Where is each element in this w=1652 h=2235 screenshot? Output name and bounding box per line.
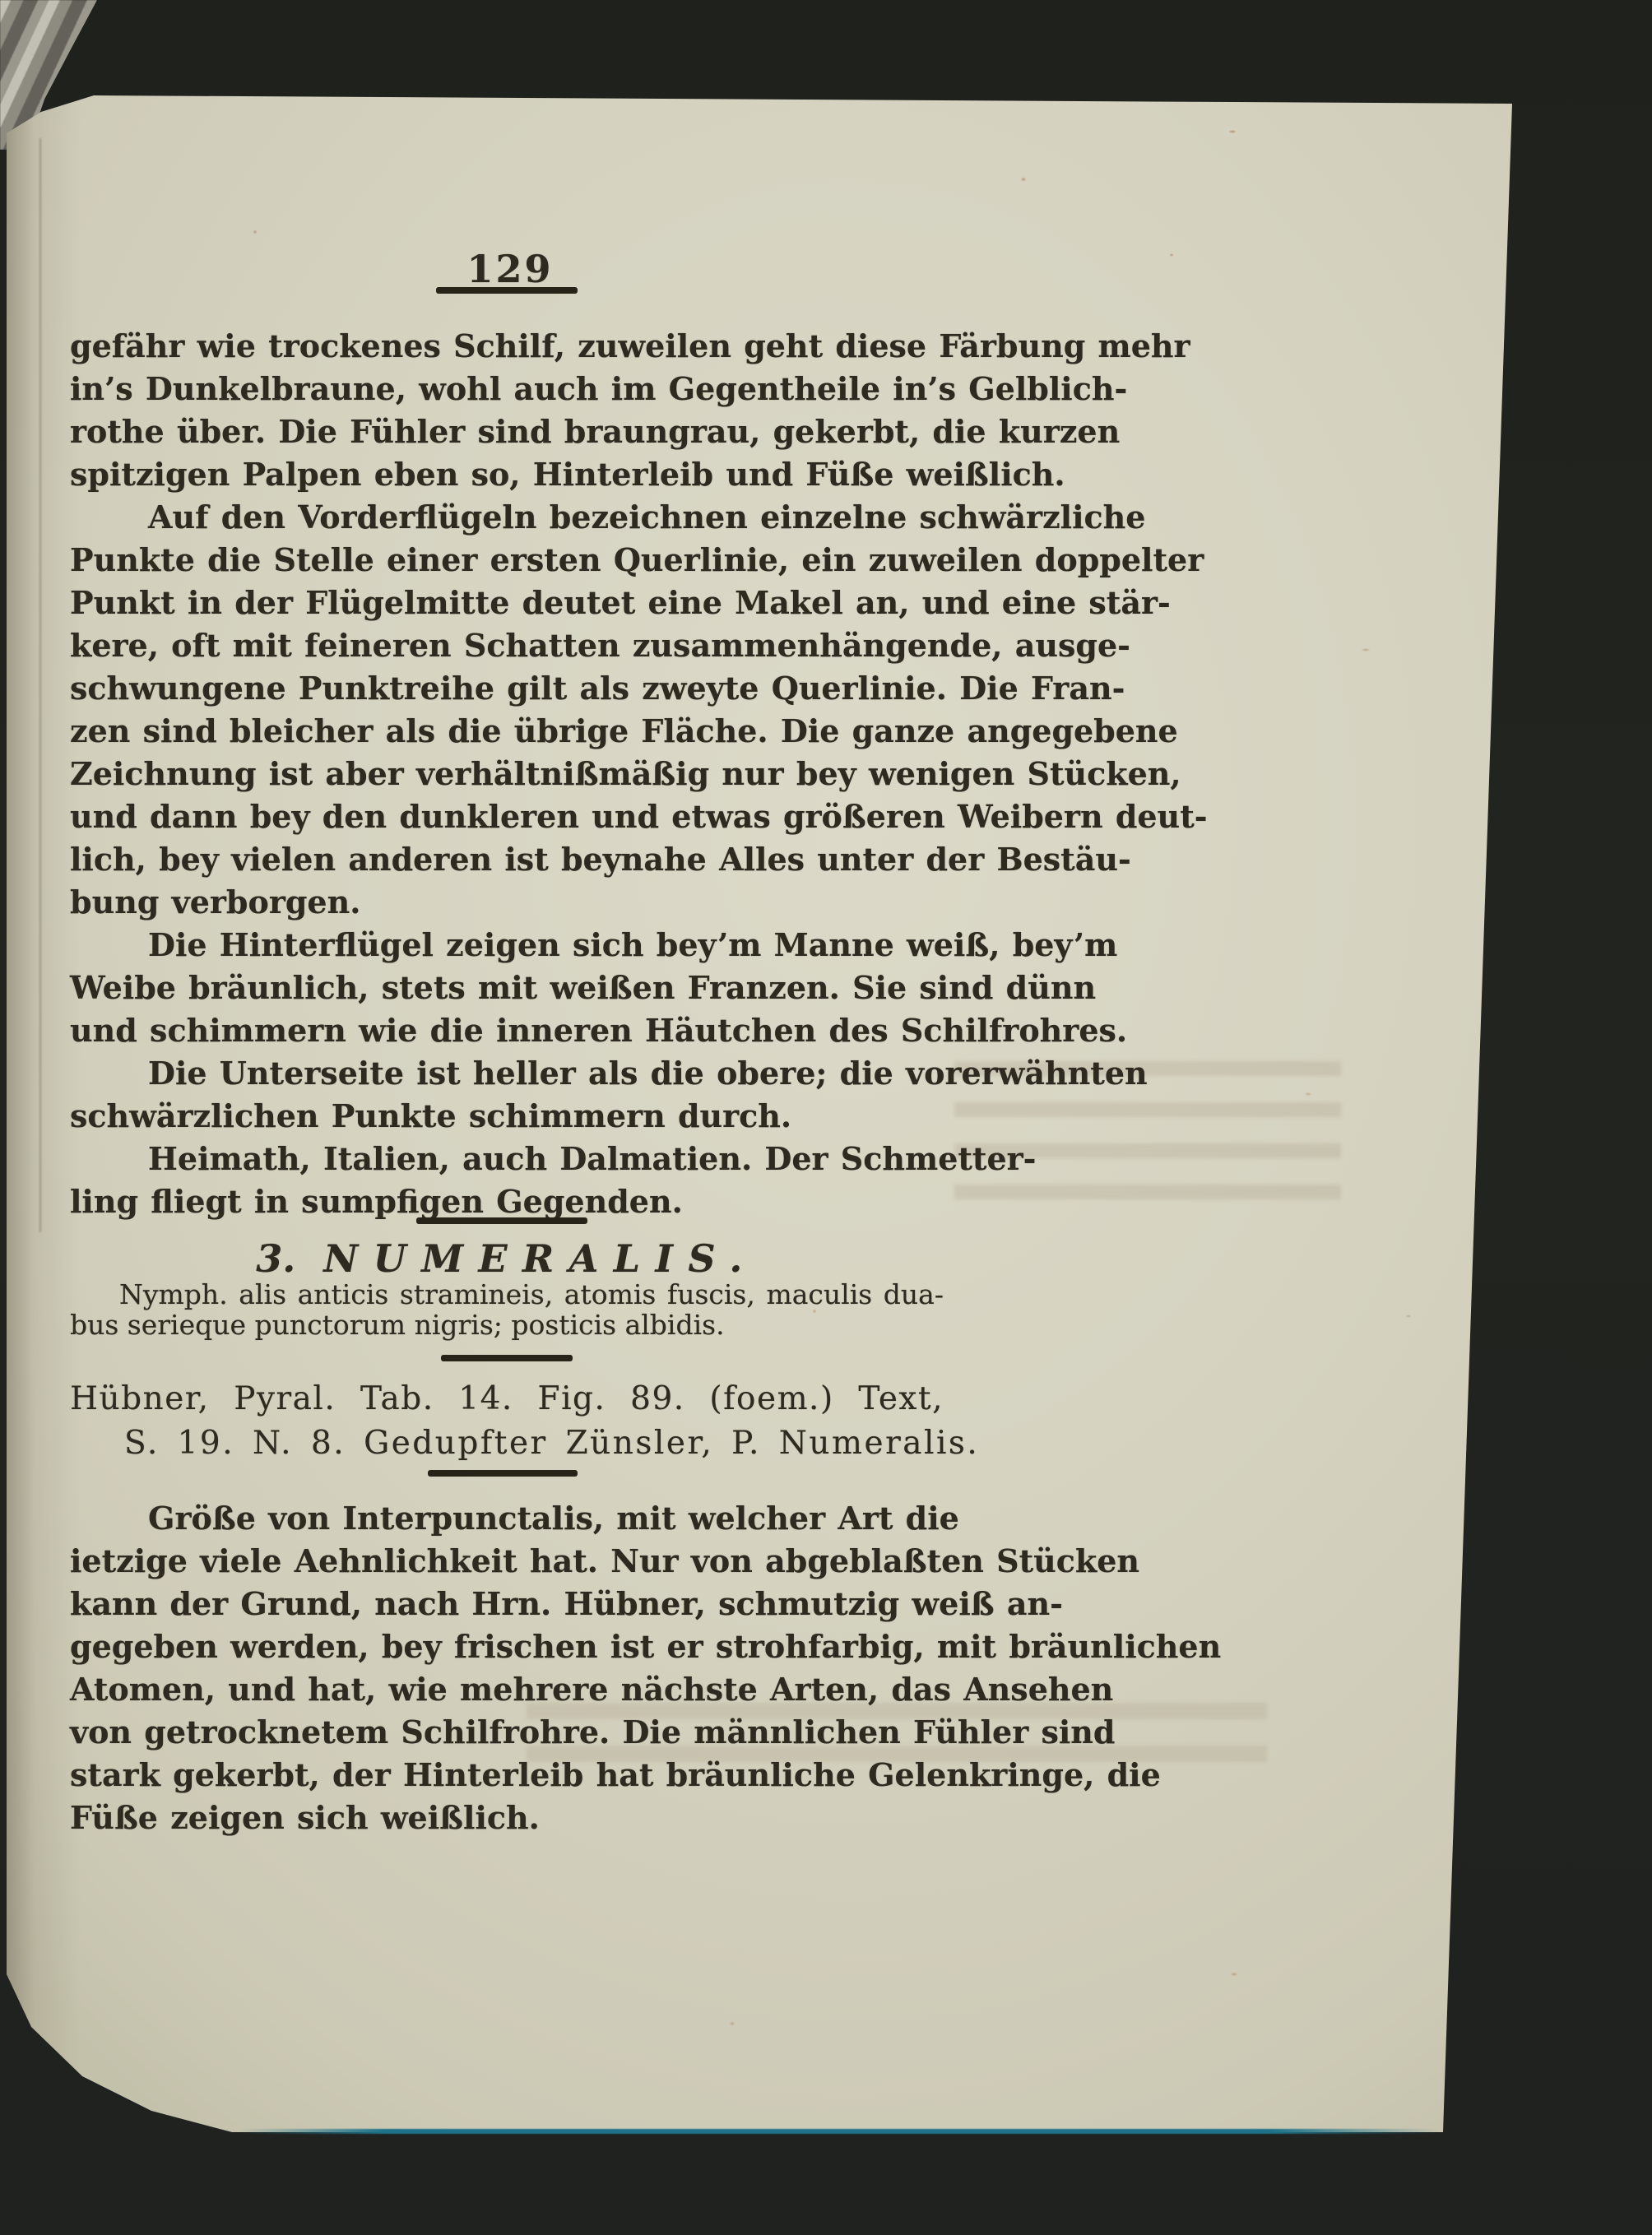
text-line: Heimath, Italien, auch Dalmatien. Der Sc…: [70, 1138, 944, 1180]
paragraph: gefähr wie trockenes Schilf, zuweilen ge…: [70, 325, 944, 496]
species-heading: 3.NUMERALIS.: [70, 1237, 944, 1283]
text-line: Nymph. alis anticis stramineis, atomis f…: [70, 1279, 944, 1310]
text-line: Weibe bräunlich, stets mit weißen Franze…: [70, 967, 944, 1009]
text-line: S. 19. N. 8. Gedupfter Zünsler, P. Numer…: [70, 1421, 944, 1466]
text-line: Auf den Vorderflügeln bezeichnen einzeln…: [70, 496, 944, 539]
section-divider-rule: [416, 1217, 587, 1224]
species-name: NUMERALIS.: [323, 1236, 758, 1281]
page-number-rule: [436, 287, 578, 294]
text-line: Atomen, und hat, wie mehrere nächste Art…: [70, 1668, 944, 1711]
citation-block: Hübner, Pyral. Tab. 14. Fig. 89. (foem.)…: [70, 1377, 944, 1466]
latin-diagnosis: Nymph. alis anticis stramineis, atomis f…: [70, 1279, 944, 1340]
page-number: 129: [461, 250, 559, 288]
text-line: Punkte die Stelle einer ersten Querlinie…: [70, 539, 944, 582]
text-line: schwungene Punktreihe gilt als zweyte Qu…: [70, 667, 944, 710]
text-line: kann der Grund, nach Hrn. Hübner, schmut…: [70, 1583, 944, 1625]
text-line: und dann bey den dunkleren und etwas grö…: [70, 795, 944, 838]
paragraph: Auf den Vorderflügeln bezeichnen einzeln…: [70, 496, 944, 924]
text-line: Punkt in der Flügelmitte deutet eine Mak…: [70, 582, 944, 624]
body-text: gefähr wie trockenes Schilf, zuweilen ge…: [70, 325, 944, 1223]
text-line: zen sind bleicher als die übrige Fläche.…: [70, 710, 944, 753]
text-line: bung verborgen.: [70, 881, 944, 924]
page-crease: [39, 138, 41, 1232]
species-number: 3.: [256, 1236, 295, 1281]
page-bottom-edge-accent: [240, 2129, 1438, 2134]
text-line: gegeben werden, bey frischen ist er stro…: [70, 1625, 944, 1668]
text-line: spitzigen Palpen eben so, Hinterleib und…: [70, 453, 944, 496]
paragraph: Die Unterseite ist heller als die obere;…: [70, 1052, 944, 1138]
text-line: Die Unterseite ist heller als die obere;…: [70, 1052, 944, 1095]
text-line: Hübner, Pyral. Tab. 14. Fig. 89. (foem.)…: [70, 1377, 944, 1421]
text-line: ietzige viele Aehnlichkeit hat. Nur von …: [70, 1540, 944, 1583]
text-line: gefähr wie trockenes Schilf, zuweilen ge…: [70, 325, 944, 368]
text-line: in’s Dunkelbraune, wohl auch im Gegenthe…: [70, 368, 944, 410]
text-line: Größe von Interpunctalis, mit welcher Ar…: [70, 1497, 944, 1540]
citation-divider-rule: [428, 1470, 578, 1477]
scan-stage: 129 gefähr wie trockenes Schilf, zuweile…: [0, 0, 1652, 2235]
paragraph: Die Hinterflügel zeigen sich bey’m Manne…: [70, 924, 944, 1052]
text-line: stark gekerbt, der Hinterleib hat bräunl…: [70, 1754, 944, 1797]
book-page: 129 gefähr wie trockenes Schilf, zuweile…: [7, 81, 1514, 2137]
text-line: Die Hinterflügel zeigen sich bey’m Manne…: [70, 924, 944, 967]
text-line: bus serieque punctorum nigris; posticis …: [70, 1310, 944, 1340]
diagnosis-divider-rule: [441, 1355, 573, 1361]
text-line: schwärzlichen Punkte schimmern durch.: [70, 1095, 944, 1138]
text-line: und schimmern wie die inneren Häutchen d…: [70, 1009, 944, 1052]
description-text: Größe von Interpunctalis, mit welcher Ar…: [70, 1497, 944, 1839]
paragraph: Heimath, Italien, auch Dalmatien. Der Sc…: [70, 1138, 944, 1223]
text-line: kere, oft mit feineren Schatten zusammen…: [70, 624, 944, 667]
text-line: von getrocknetem Schilfrohre. Die männli…: [70, 1711, 944, 1754]
text-line: Füße zeigen sich weißlich.: [70, 1797, 944, 1839]
text-line: lich, bey vielen anderen ist beynahe All…: [70, 838, 944, 881]
text-line: Zeichnung ist aber verhältnißmäßig nur b…: [70, 753, 944, 795]
text-line: rothe über. Die Fühler sind braungrau, g…: [70, 410, 944, 453]
